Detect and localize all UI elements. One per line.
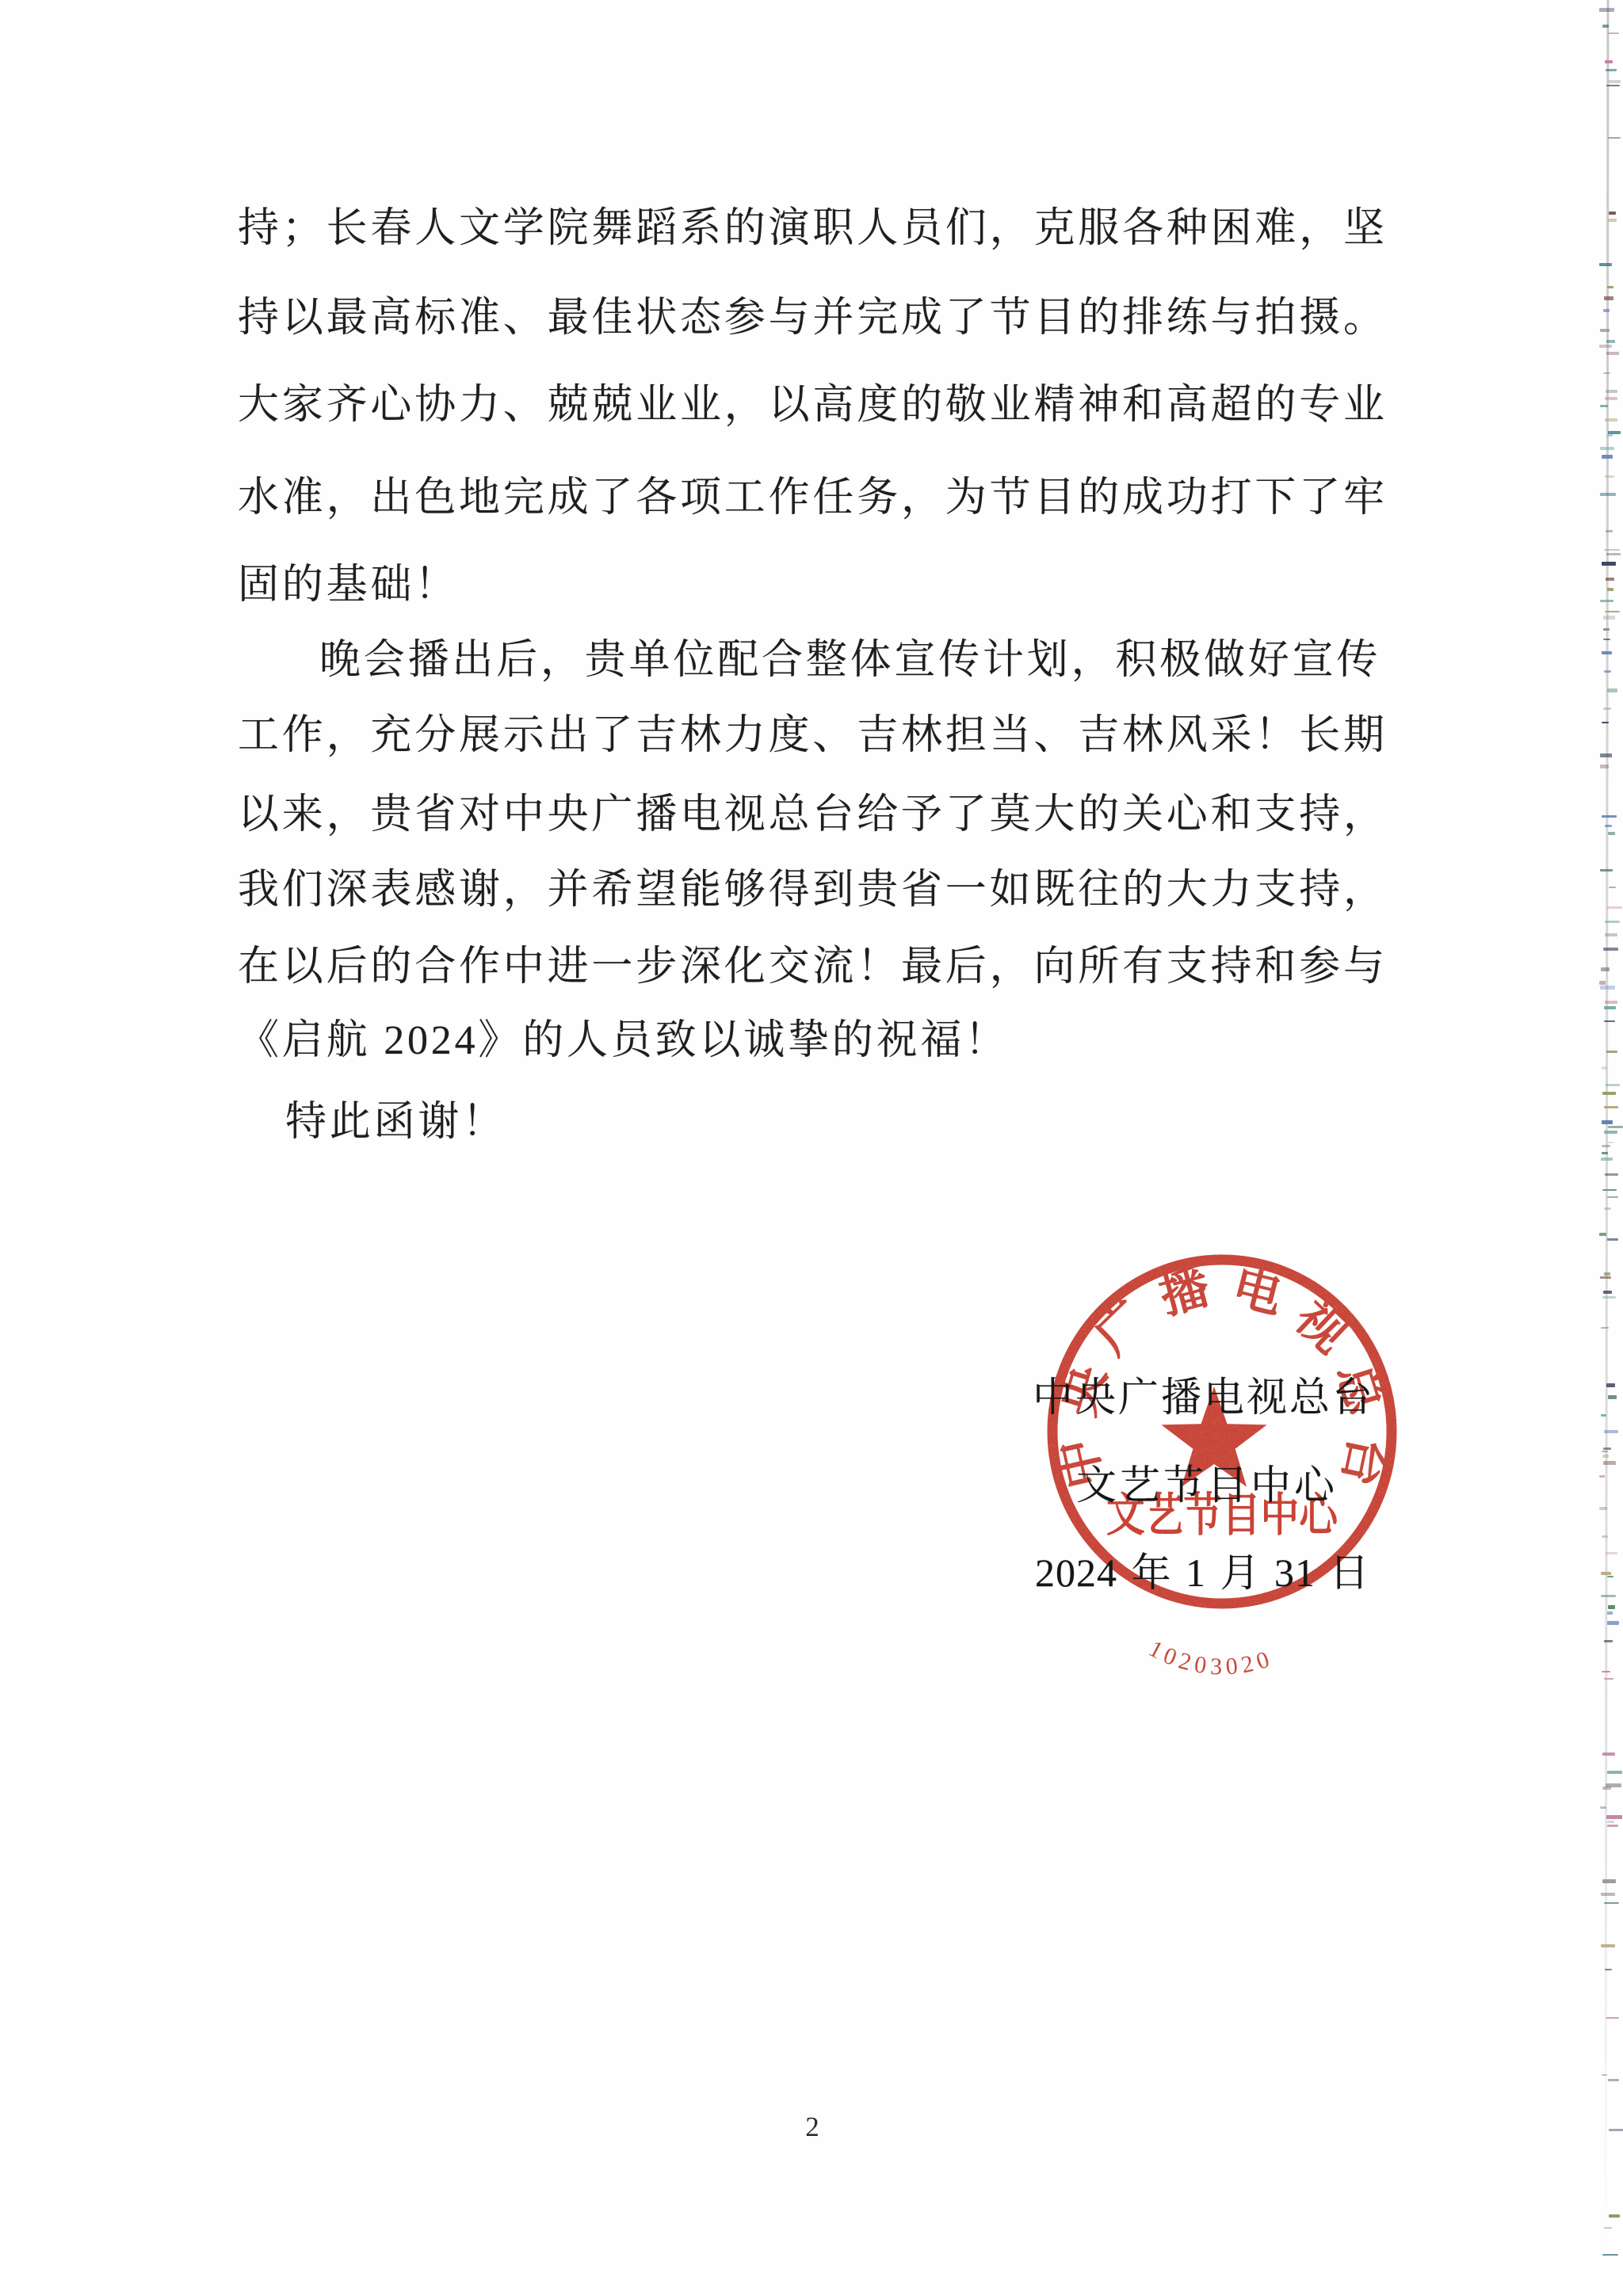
scan-noise-line: [1605, 0, 1610, 2258]
scan-noise-tick: [1600, 405, 1608, 407]
scan-noise-tick: [1603, 707, 1611, 710]
scan-noise-tick: [1603, 1447, 1612, 1450]
scan-noise-tick: [1601, 1158, 1613, 1161]
scan-noise-tick: [1608, 137, 1621, 139]
scan-noise-tick: [1609, 212, 1616, 215]
scan-noise-tick: [1605, 397, 1617, 401]
scan-noise-tick: [1606, 1051, 1617, 1053]
scan-noise-tick: [1599, 345, 1612, 347]
scan-noise-tick: [1607, 1821, 1614, 1824]
scan-noise-tick: [1606, 1084, 1620, 1085]
scan-noise-tick: [1603, 309, 1610, 313]
scan-noise-tick: [1602, 25, 1610, 28]
scan-noise-tick: [1604, 1020, 1615, 1022]
scan-noise-tick: [1600, 986, 1615, 990]
scan-noise-tick: [1601, 1572, 1611, 1576]
scan-noise-tick: [1600, 447, 1614, 451]
scan-noise-tick: [1605, 475, 1614, 478]
scan-noise-tick: [1607, 906, 1623, 910]
body-line: 持；长春人文学院舞蹈系的演职人员们，克服各种困难，坚: [238, 206, 1388, 252]
scan-noise-tick: [1599, 8, 1614, 12]
scan-noise-tick: [1608, 1395, 1617, 1399]
scan-noise-tick: [1604, 1106, 1618, 1108]
scan-noise-tick: [1608, 1126, 1623, 1128]
seal-serial-number: 10203020: [1144, 1635, 1277, 1680]
scan-noise-tick: [1602, 1296, 1616, 1299]
scan-noise-tick: [1601, 1414, 1606, 1417]
scan-noise-tick: [1600, 329, 1610, 332]
scan-noise-tick: [1602, 651, 1612, 654]
body-line: 晚会播出后，贵单位配合整体宣传计划，积极做好宣传: [319, 638, 1381, 684]
scan-noise-tick: [1605, 825, 1612, 827]
scan-noise-tick: [1607, 1771, 1622, 1775]
scan-noise-tick: [1606, 578, 1614, 580]
scan-noise-tick: [1604, 296, 1613, 300]
scan-noise-tick: [1602, 1120, 1612, 1124]
scanned-letter-page: 持；长春人文学院舞蹈系的演职人员们，克服各种困难，坚 持以最高标准、最佳状态参与…: [0, 0, 1623, 2296]
scan-noise-tick: [1607, 688, 1617, 692]
scan-noise-tick: [1607, 286, 1613, 288]
scan-noise-tick: [1603, 616, 1615, 620]
scan-noise-tick: [1604, 1430, 1618, 1433]
scan-noise-tick: [1607, 1142, 1614, 1143]
page-number: 2: [773, 2111, 852, 2143]
scan-noise-tick: [1607, 1576, 1613, 1578]
scan-noise-tick: [1607, 434, 1613, 437]
scan-noise-tick: [1607, 1238, 1618, 1241]
scan-noise-tick: [1602, 1753, 1615, 1756]
scan-noise-tick: [1607, 588, 1613, 591]
scan-noise-tick: [1600, 1276, 1610, 1278]
body-line: 大家齐心协力、兢兢业业，以高度的敬业精神和高超的专业: [238, 383, 1388, 429]
scan-noise-tick: [1609, 2129, 1623, 2131]
scan-noise-tick: [1606, 352, 1619, 355]
scan-noise-tick: [1601, 1595, 1616, 1597]
scan-noise-tick: [1606, 85, 1620, 86]
scan-noise-tick: [1599, 263, 1611, 267]
scan-noise-tick: [1608, 32, 1618, 34]
scan-noise-tick: [1609, 2214, 1621, 2217]
body-line: 以来，贵省对中央广播电视总台给予了莫大的关心和支持，: [238, 792, 1388, 838]
scan-noise-tick: [1600, 493, 1616, 496]
scan-noise-tick: [1599, 1507, 1607, 1510]
body-line: 固的基础！: [238, 563, 459, 608]
scan-noise-strip: [0, 0, 1623, 2296]
scan-noise-tick: [1605, 1969, 1613, 1971]
scan-noise-tick: [1602, 1879, 1616, 1882]
scan-noise-tick: [1607, 1196, 1618, 1198]
scan-noise-tick: [1602, 1092, 1617, 1095]
scan-noise-tick: [1607, 1825, 1618, 1827]
body-line: 持以最高标准、最佳状态参与并完成了节目的排练与拍摄。: [238, 296, 1388, 341]
scan-noise-tick: [1599, 981, 1606, 985]
scan-noise-tick: [1599, 1233, 1606, 1236]
scan-noise-tick: [1602, 815, 1617, 818]
scan-noise-tick: [1608, 219, 1616, 222]
scan-noise-tick: [1608, 431, 1621, 434]
scan-noise-tick: [1606, 69, 1617, 71]
scan-noise-tick: [1601, 1327, 1609, 1329]
scan-noise-tick: [1606, 2017, 1619, 2019]
scan-noise-tick: [1606, 1783, 1621, 1787]
body-line: 工作，充分展示出了吉林力度、吉林担当、吉林风采！长期: [238, 713, 1388, 759]
scan-noise-tick: [1602, 722, 1610, 723]
scan-noise-tick: [1603, 1291, 1612, 1294]
scan-noise-tick: [1602, 1787, 1611, 1790]
scan-noise-tick: [1605, 611, 1620, 612]
scan-noise-tick: [1606, 390, 1617, 393]
scan-noise-tick: [1604, 1207, 1612, 1210]
scan-noise-tick: [1601, 1944, 1615, 1947]
scan-noise-tick: [1602, 1189, 1617, 1191]
scan-noise-tick: [1607, 1621, 1620, 1624]
scan-noise-tick: [1602, 1152, 1608, 1154]
scan-noise-tick: [1600, 1806, 1606, 1810]
scan-noise-tick: [1604, 1131, 1617, 1134]
scan-noise-tick: [1600, 753, 1611, 757]
scan-noise-tick: [1602, 1145, 1610, 1147]
scan-noise-tick: [1609, 887, 1616, 888]
scan-noise-tick: [1603, 639, 1610, 640]
scan-noise-tick: [1604, 670, 1611, 673]
scan-noise-tick: [1602, 1455, 1610, 1458]
scan-noise-tick: [1605, 60, 1613, 63]
scan-noise-tick: [1602, 2074, 1607, 2077]
scan-noise-tick: [1602, 2254, 1618, 2256]
scan-noise-tick: [1604, 1640, 1613, 1642]
scan-noise-tick: [1606, 1815, 1621, 1818]
scan-noise-tick: [1603, 1461, 1615, 1465]
body-line: 《启航 2024》的人员致以诚挚的祝福！: [238, 1018, 1009, 1064]
scan-noise-tick: [1605, 1173, 1618, 1175]
scan-noise-tick: [1604, 1006, 1616, 1009]
scan-noise-tick: [1605, 1001, 1617, 1004]
scan-noise-tick: [1605, 921, 1620, 924]
scan-noise-tick: [1608, 2079, 1619, 2082]
scan-noise-tick: [1603, 372, 1610, 374]
scan-noise-tick: [1599, 1475, 1605, 1478]
scan-noise-tick: [1602, 1066, 1608, 1070]
scan-noise-tick: [1607, 1611, 1613, 1615]
scan-noise-tick: [1605, 933, 1617, 936]
scan-noise-tick: [1602, 1451, 1608, 1452]
signature-date: 2024 年 1 月 31 日: [1035, 1541, 1370, 1598]
scan-noise-tick: [1600, 600, 1613, 602]
scan-noise-tick: [1608, 1605, 1615, 1609]
scan-noise-tick: [1606, 340, 1615, 343]
closing-line: 特此函谢！: [285, 1100, 506, 1146]
signature-org-line2: 文艺节目中心: [1076, 1452, 1338, 1511]
scan-noise-tick: [1606, 530, 1613, 532]
scan-noise-tick: [1603, 628, 1610, 631]
scan-noise-tick: [1602, 562, 1616, 566]
scan-noise-tick: [1601, 967, 1610, 971]
scan-noise-tick: [1606, 1552, 1617, 1554]
body-line: 我们深表感谢，并希望能够得到贵省一如既往的大力支持，: [238, 868, 1388, 913]
scan-noise-tick: [1602, 1535, 1607, 1538]
scan-noise-tick: [1604, 2227, 1612, 2229]
body-line: 水准，出色地完成了各项工作任务，为节目的成功打下了牢: [238, 475, 1388, 521]
scan-noise-tick: [1604, 1678, 1613, 1680]
scan-noise-tick: [1600, 765, 1609, 768]
official-seal: 中央广播电视总台 文艺节目中心 10203020: [0, 0, 1623, 2296]
scan-noise-tick: [1602, 1671, 1610, 1672]
scan-noise-tick: [1609, 80, 1621, 84]
scan-noise-tick: [1608, 832, 1615, 835]
scan-noise-tick: [1606, 1383, 1615, 1386]
scan-noise-tick: [1604, 549, 1620, 551]
scan-noise-tick: [1603, 948, 1618, 951]
scan-noise-tick: [1604, 1902, 1618, 1904]
signature-org-line1: 中央广播电视总台: [1033, 1364, 1375, 1423]
scan-noise-tick: [1600, 869, 1613, 871]
scan-noise-tick: [1602, 455, 1613, 458]
body-line: 在以后的合作中进一步深化交流！最后，向所有支持和参与: [238, 944, 1388, 990]
scan-noise-tick: [1604, 1272, 1610, 1276]
scan-noise-tick: [1601, 1893, 1615, 1896]
scan-noise-tick: [1606, 553, 1621, 555]
scan-noise-tick: [1605, 418, 1617, 421]
